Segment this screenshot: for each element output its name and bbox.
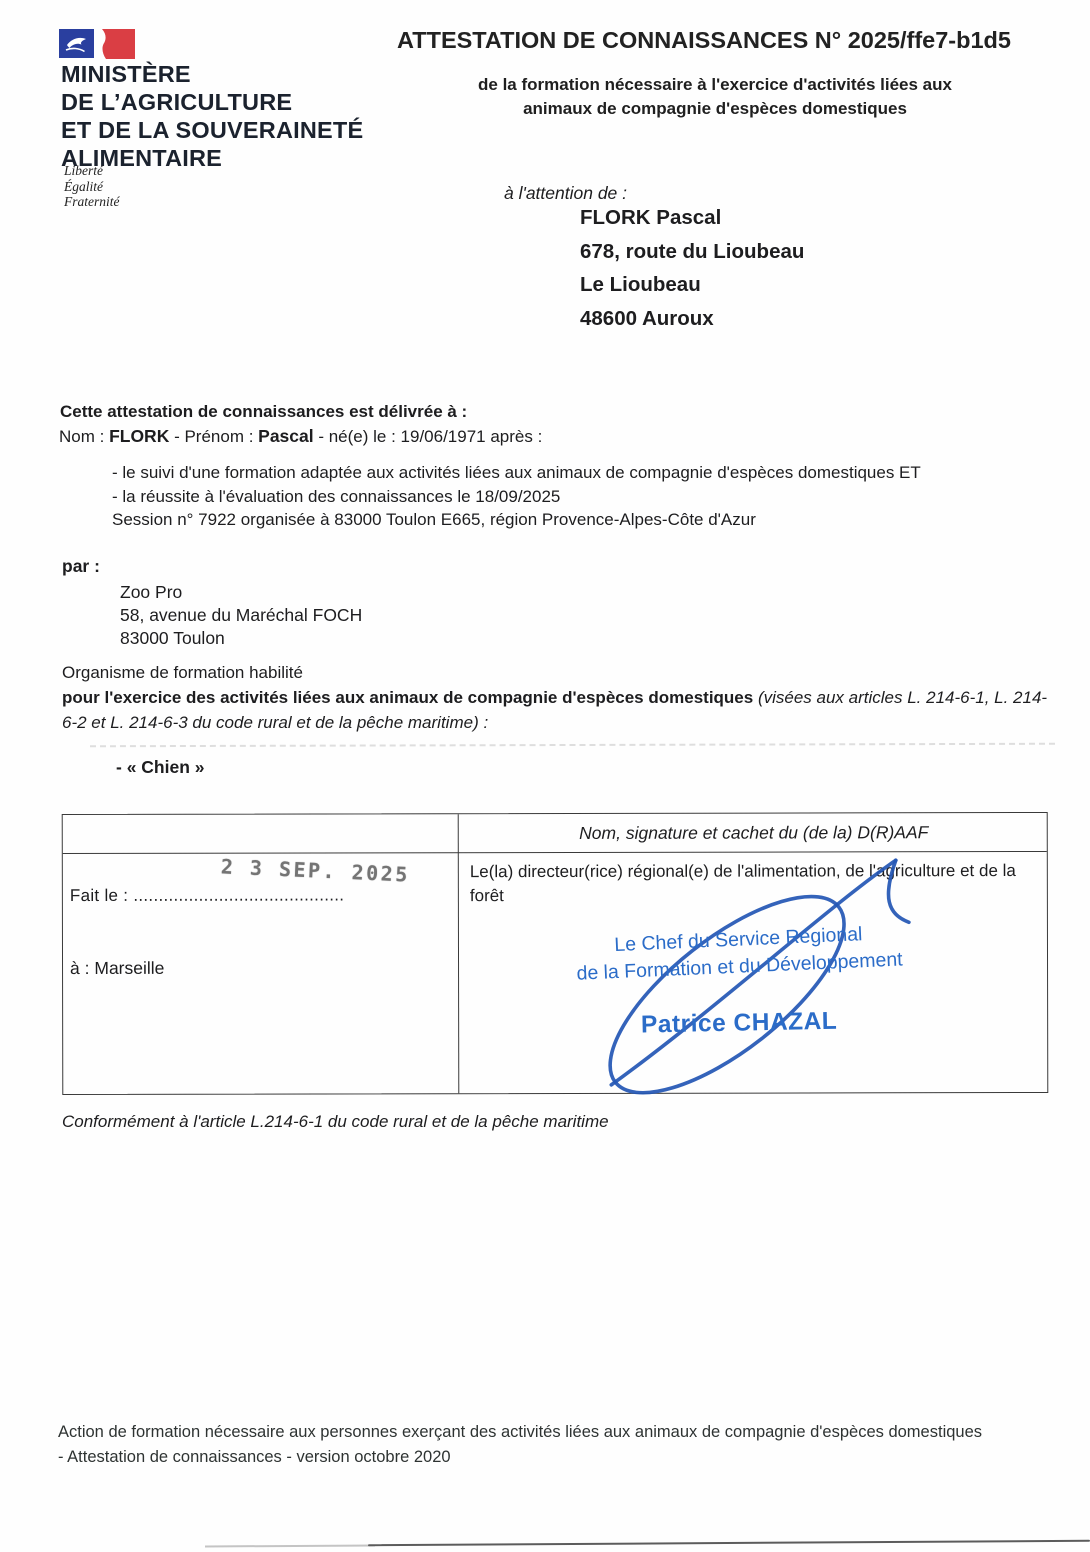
date-stamp: 2 3 SEP. 2025 — [220, 854, 410, 886]
provider-city: 83000 Toulon — [120, 627, 362, 650]
signature-table: Nom, signature et cachet du (de la) D(R)… — [62, 812, 1049, 1095]
republic-motto: Liberté Égalité Fraternité — [64, 163, 120, 210]
prenom-label: - Prénom : — [169, 427, 258, 446]
ministry-name-line: DE L’AGRICULTURE — [61, 88, 363, 116]
footer-line: - Attestation de connaissances - version… — [58, 1445, 1063, 1470]
footer-note: Action de formation nécessaire aux perso… — [58, 1420, 1063, 1470]
provider-street: 58, avenue du Maréchal FOCH — [120, 604, 362, 627]
delivery-item: Session n° 7922 organisée à 83000 Toulon… — [112, 508, 1062, 532]
provider-name: Zoo Pro — [120, 581, 362, 604]
scan-edge-line — [368, 1540, 1090, 1547]
director-title-line: Le(la) directeur(rice) régional(e) de l'… — [459, 852, 1049, 908]
delivery-item: - la réussite à l'évaluation des connais… — [112, 485, 1062, 509]
motto-line: Liberté — [64, 163, 120, 179]
attestation-document: MINISTÈRE DE L’AGRICULTURE ET DE LA SOUV… — [0, 0, 1090, 1552]
french-republic-logo-icon — [58, 28, 140, 60]
ministry-name-line: MINISTÈRE — [61, 60, 363, 88]
signature-table-right-cell: Le(la) directeur(rice) régional(e) de l'… — [459, 852, 1050, 1095]
recipient-city: 48600 Auroux — [580, 302, 804, 336]
recipient-locality: Le Lioubeau — [580, 268, 804, 302]
motto-line: Fraternité — [64, 194, 120, 210]
signature-table-header-right: Nom, signature et cachet du (de la) D(R)… — [459, 813, 1049, 853]
prenom-value: Pascal — [258, 426, 313, 446]
habilitation-intro: Organisme de formation habilité — [62, 663, 303, 683]
recipient-name: FLORK Pascal — [580, 201, 804, 235]
scan-artifact-line — [90, 743, 1055, 748]
recipient-address: FLORK Pascal 678, route du Lioubeau Le L… — [580, 201, 804, 335]
ministry-name: MINISTÈRE DE L’AGRICULTURE ET DE LA SOUV… — [61, 60, 363, 172]
delivery-items: - le suivi d'une formation adaptée aux a… — [112, 461, 1062, 532]
signature-table-left-cell: 2 3 SEP. 2025 Fait le : ................… — [63, 853, 459, 1096]
provider-address: Zoo Pro 58, avenue du Maréchal FOCH 8300… — [120, 581, 362, 650]
legal-note: Conformément à l'article L.214-6-1 du co… — [62, 1112, 609, 1132]
scan-edge-line — [205, 1545, 375, 1547]
motto-line: Égalité — [64, 179, 120, 195]
service-stamp-text: Le Chef du Service Régional de la Format… — [528, 917, 950, 989]
nom-value: FLORK — [109, 426, 169, 446]
delivery-item: - le suivi d'une formation adaptée aux a… — [112, 461, 1062, 485]
document-subtitle: de la formation nécessaire à l'exercice … — [390, 73, 1040, 121]
signer-name: Patrice CHAZAL — [529, 1006, 949, 1042]
subtitle-line: de la formation nécessaire à l'exercice … — [390, 73, 1040, 97]
birth-suffix: - né(e) le : 19/06/1971 après : — [314, 427, 543, 446]
identity-line: Nom : FLORK - Prénom : Pascal - né(e) le… — [59, 426, 542, 447]
subtitle-line: animaux de compagnie d'espèces domestiqu… — [390, 97, 1040, 121]
ministry-name-line: ET DE LA SOUVERAINETÉ — [61, 116, 363, 144]
document-title: ATTESTATION DE CONNAISSANCES N° 2025/ffe… — [330, 27, 1078, 54]
place-line: à : Marseille — [70, 958, 164, 979]
fait-le-line: Fait le : ..............................… — [70, 885, 344, 906]
nom-label: Nom : — [59, 427, 109, 446]
footer-line: Action de formation nécessaire aux perso… — [58, 1420, 1063, 1445]
habilitation-paragraph: pour l'exercice des activités liées aux … — [62, 686, 1058, 735]
recipient-street: 678, route du Lioubeau — [580, 235, 804, 269]
par-label: par : — [62, 556, 100, 577]
delivered-heading: Cette attestation de connaissances est d… — [60, 402, 467, 422]
species-line: - « Chien » — [116, 757, 205, 778]
habilitation-bold: pour l'exercice des activités liées aux … — [62, 688, 753, 707]
